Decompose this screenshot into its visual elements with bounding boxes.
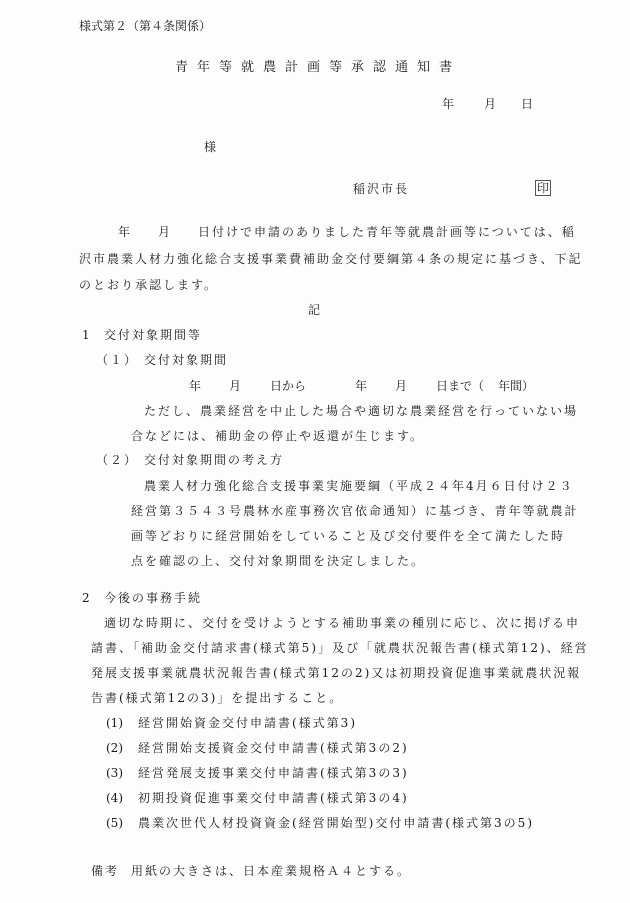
section1-number: 1 <box>82 327 90 343</box>
period-year-from: 年 <box>189 378 201 394</box>
intro-year: 年 <box>118 224 130 240</box>
remarks-text: 用紙の大きさは、日本産業規格Ａ４とする。 <box>131 863 411 879</box>
list-item-number: (2) <box>106 740 123 756</box>
list-item-number: (3) <box>106 765 123 781</box>
sub2-line4: 点を確認の上、交付対象期間を決定しました。 <box>131 553 425 569</box>
issuer-name: 稲沢市長 <box>353 181 409 197</box>
section2-heading: 今後の事務手続 <box>104 590 202 606</box>
date-day: 日 <box>521 96 533 112</box>
list-item-number: (1) <box>106 715 123 731</box>
sub1-note-line1: ただし、農業経営を中止した場合や適切な農業経営を行っていない場 <box>144 403 578 419</box>
list-item: 初期投資促進事業交付申請書(様式第3の4) <box>138 790 409 806</box>
intro-line2: 沢市農業人材力強化総合支援事業費補助金交付要綱第４条の規定に基づき、下記 <box>79 251 583 267</box>
sub2-line3: 画等どおりに経営開始をしていること及び交付要件を全て満たした時 <box>131 528 565 544</box>
section2-line4: 告書(様式第12の3)」を提出すること。 <box>91 690 343 706</box>
list-item: 農業次世代人材投資資金(経営開始型)交付申請書(様式第3の5) <box>138 815 534 831</box>
sub1-label: 交付対象期間 <box>144 352 228 368</box>
seal-mark: 印 <box>535 180 551 196</box>
intro-line3: のとおり承認します。 <box>79 277 218 293</box>
period-month-from: 月 <box>229 378 241 394</box>
ki-heading: 記 <box>308 302 320 318</box>
list-item: 経営開始資金交付申請書(様式第3) <box>138 715 357 731</box>
period-month-to: 月 <box>395 378 407 394</box>
list-item: 経営開始支援資金交付申請書(様式第3の2) <box>138 740 409 756</box>
sub2-label: 交付対象期間の考え方 <box>144 452 284 468</box>
sub2-line2: 経営第３５４３号農林水産事務次官依命通知）に基づき、青年等就農計 <box>131 503 579 519</box>
sub2-number: （２） <box>96 452 138 468</box>
seal-icon: 印 <box>535 180 551 196</box>
date-year: 年 <box>442 96 454 112</box>
remarks-label: 備考 <box>91 863 119 879</box>
section1-heading: 交付対象期間等 <box>104 327 202 343</box>
addressee-suffix: 様 <box>204 139 216 155</box>
section2-number: 2 <box>82 590 90 606</box>
form-number: 様式第２（第４条関係） <box>79 18 211 34</box>
date-month: 月 <box>484 96 496 112</box>
period-day-to: 日まで（ <box>436 378 484 394</box>
document-title: 青年等就農計画等承認通知書 <box>175 60 461 76</box>
section2-line1: 適切な時期に、交付を受けようとする補助事業の種別に応じ、次に掲げる申 <box>104 615 580 631</box>
sub2-line1: 農業人材力強化総合支援事業実施要綱（平成２４年4月６日付け２３ <box>144 478 574 494</box>
list-item-number: (4) <box>106 790 123 806</box>
period-year-to: 年 <box>355 378 367 394</box>
period-day-from: 日から <box>270 378 306 394</box>
section2-line3: 発展支援事業就農状況報告書(様式第12の2)又は初期投資促進事業就農状況報 <box>91 665 581 681</box>
list-item-number: (5) <box>106 815 123 831</box>
sub1-number: （１） <box>96 352 138 368</box>
intro-line1: 日付けで申請のありました青年等就農計画等については、稲 <box>198 224 576 240</box>
sub1-note-line2: 合などには、補助金の停止や返還が生じます。 <box>131 428 424 444</box>
period-years: 年間） <box>498 378 534 394</box>
section2-line2: 請書、「補助金交付請求書(様式第5)」及び「就農状況報告書(様式第12)、経営 <box>91 640 589 656</box>
list-item: 経営発展支援事業交付申請書(様式第3の3) <box>138 765 409 781</box>
intro-month: 月 <box>158 224 170 240</box>
